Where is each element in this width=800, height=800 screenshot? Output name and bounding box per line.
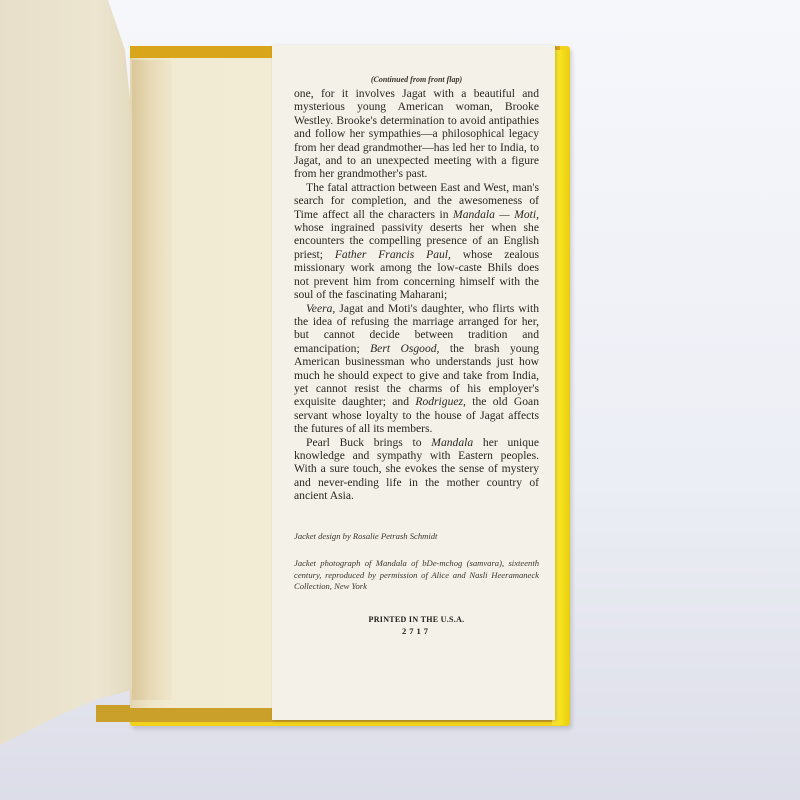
flap-paragraph: Veera, Jagat and Moti's daughter, who fl… (294, 302, 539, 436)
continued-label: (Continued from front flap) (294, 75, 539, 84)
flap-text-block: (Continued from front flap) one, for it … (294, 75, 539, 636)
photo-scene: (Continued from front flap) one, for it … (0, 0, 800, 800)
jacket-design-credit: Jacket design by Rosalie Petrash Schmidt (294, 531, 539, 543)
flyleaf-page (0, 0, 140, 800)
endpaper-gutter-stain (132, 60, 172, 700)
dust-jacket-flap: (Continued from front flap) one, for it … (272, 45, 555, 720)
flap-paragraph: The fatal attraction between East and We… (294, 181, 539, 302)
flap-paragraph: one, for it involves Jagat with a beauti… (294, 87, 539, 181)
catalog-code: 2717 (294, 626, 539, 636)
flap-paragraph: Pearl Buck brings to Mandala her unique … (294, 436, 539, 503)
character-name: Rodriguez, (415, 395, 466, 408)
character-name: Veera, (306, 302, 335, 315)
character-name: Father Francis Paul, (335, 248, 451, 261)
character-name: Bert Osgood, (370, 342, 439, 355)
printed-in-label: PRINTED IN THE U.S.A. (294, 615, 539, 624)
book-title: Mandala (431, 436, 473, 449)
character-name: Mandala — Moti, (453, 208, 539, 221)
jacket-photo-credit: Jacket photograph of Mandala of bDe-mcho… (294, 558, 539, 593)
